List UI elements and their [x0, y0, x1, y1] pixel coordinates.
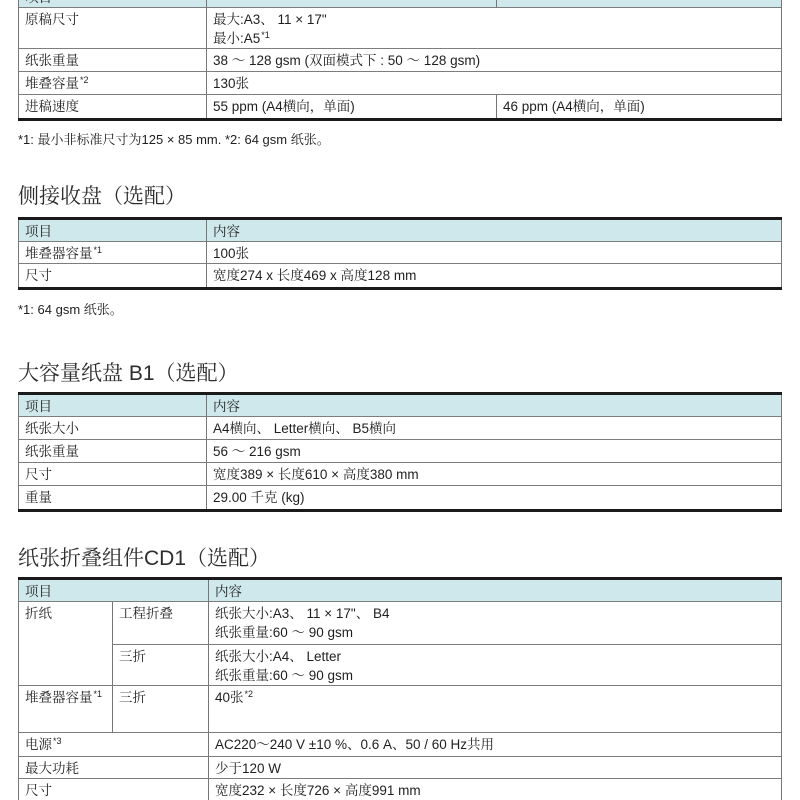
section-title-folder-unit: 纸张折叠组件CD1（选配）	[18, 547, 270, 570]
row-label-cell: 最大功耗	[18, 757, 209, 779]
table-row-stacker-capacity: 堆叠器容量*1 三折 40张*2	[18, 686, 782, 733]
table-doc-feeder: 项目 原稿尺寸 最大:A3、 11 × 17" 最小:A5*1 纸张重量 38 …	[18, 0, 782, 121]
footnote-marker: *2	[80, 75, 89, 85]
row-label-cell: 原稿尺寸	[18, 8, 207, 49]
header-label: 项目	[25, 0, 52, 5]
row-value-cell: 最大:A3、 11 × 17" 最小:A5*1	[207, 8, 782, 49]
value-line-1: 纸张大小:A3、 11 × 17"、 B4	[215, 604, 775, 623]
row-label-cell: 纸张重量	[18, 440, 207, 463]
footnote-doc-feeder: *1: 最小非标准尺寸为125 × 85 mm. *2: 64 gsm 纸张。	[18, 132, 330, 148]
table-header-row: 项目 内容	[18, 580, 782, 602]
spec-sheet-page: 项目 原稿尺寸 最大:A3、 11 × 17" 最小:A5*1 纸张重量 38 …	[0, 0, 800, 800]
row-value-cell: 100张	[207, 242, 782, 264]
row-label-cell: 电源*3	[18, 733, 209, 757]
row-label-cell: 尺寸	[18, 463, 207, 486]
header-cell-content: 内容	[207, 220, 782, 242]
section-title-high-capacity-tray: 大容量纸盘 B1（选配）	[18, 362, 239, 385]
value-line-2: 纸张重量:60 ～ 90 gsm	[215, 623, 775, 642]
table-row-stack-capacity: 堆叠容量*2 130张	[18, 72, 782, 95]
row-value-cell: 宽度389 × 长度610 × 高度380 mm	[207, 463, 782, 486]
value-line-1: 最大:A3、 11 × 17"	[213, 10, 775, 29]
row-label-cell: 堆叠容量*2	[18, 72, 207, 95]
row-value-cell: 纸张大小:A4、 Letter 纸张重量:60 ～ 90 gsm	[209, 645, 782, 686]
table-row-dimensions: 尺寸 宽度389 × 长度610 × 高度380 mm	[18, 463, 782, 486]
footnote-marker: *2	[245, 689, 254, 699]
footnote-marker: *1	[261, 30, 270, 40]
value-line-2: 纸张重量:60 ～ 90 gsm	[215, 666, 775, 685]
row-value-cell: A4横向、 Letter横向、 B5横向	[207, 417, 782, 440]
table-row-fold-trifold: 三折 纸张大小:A4、 Letter 纸张重量:60 ～ 90 gsm	[18, 645, 782, 686]
table-row-weight: 重量 29.00 千克 (kg)	[18, 486, 782, 509]
header-cell-content: 内容	[209, 580, 782, 602]
row-value-cell: 纸张大小:A3、 11 × 17"、 B4 纸张重量:60 ～ 90 gsm	[209, 602, 782, 645]
value-line-2: 最小:A5*1	[213, 29, 775, 48]
row-value-cell: 29.00 千克 (kg)	[207, 486, 782, 509]
table-row-dimensions: 尺寸 宽度232 × 长度726 × 高度991 mm	[18, 779, 782, 800]
value-line-1: 纸张大小:A4、 Letter	[215, 647, 775, 666]
header-cell-item: 项目	[18, 395, 207, 417]
row-label-cell: 堆叠器容量*1	[18, 242, 207, 264]
row-value-cell: 40张*2	[209, 686, 782, 733]
table-row-dimensions: 尺寸 宽度274 x 长度469 x 高度128 mm	[18, 264, 782, 287]
row-value-cell: 宽度274 x 长度469 x 高度128 mm	[207, 264, 782, 287]
table-folder-unit: 项目 内容 折纸 工程折叠 纸张大小:A3、 11 × 17"、 B4 纸张重量…	[18, 577, 782, 800]
row-label-cell: 重量	[18, 486, 207, 509]
row-sublabel-cell: 三折	[113, 686, 209, 733]
table-header-row: 项目 内容	[18, 220, 782, 242]
row-sublabel-cell: 工程折叠	[113, 602, 209, 645]
header-cell-item: 项目	[18, 0, 207, 8]
row-value-cell: AC220～240 V ±10 %、0.6 A、50 / 60 Hz共用	[209, 733, 782, 757]
table-row-fold-engineering: 折纸 工程折叠 纸张大小:A3、 11 × 17"、 B4 纸张重量:60 ～ …	[18, 602, 782, 645]
footnote-side-tray: *1: 64 gsm 纸张。	[18, 302, 123, 318]
footnote-marker: *3	[53, 736, 62, 746]
row-value-cell: 38 ～ 128 gsm (双面模式下 : 50 ～ 128 gsm)	[207, 49, 782, 72]
row-label-cell: 堆叠器容量*1	[18, 686, 113, 733]
row-value-cell-right: 46 ppm (A4横向，单面)	[497, 95, 782, 118]
row-sublabel-cell: 三折	[113, 645, 209, 686]
table-row-max-power: 最大功耗 少于120 W	[18, 757, 782, 779]
row-value-cell: 130张	[207, 72, 782, 95]
row-label-cell: 尺寸	[18, 779, 209, 800]
footnote-marker: *1	[94, 245, 103, 255]
footnote-marker: *1	[94, 689, 103, 699]
row-label-cell: 纸张重量	[18, 49, 207, 72]
row-value-cell: 宽度232 × 长度726 × 高度991 mm	[209, 779, 782, 800]
table-row-paper-weight: 纸张重量 38 ～ 128 gsm (双面模式下 : 50 ～ 128 gsm)	[18, 49, 782, 72]
row-label-cell: 进稿速度	[18, 95, 207, 118]
row-value-cell: 56 ～ 216 gsm	[207, 440, 782, 463]
header-cell-item: 项目	[18, 220, 207, 242]
table-row-power: 电源*3 AC220～240 V ±10 %、0.6 A、50 / 60 Hz共…	[18, 733, 782, 757]
table-row-stacker-capacity: 堆叠器容量*1 100张	[18, 242, 782, 264]
table-row-feed-speed: 进稿速度 55 ppm (A4横向，单面) 46 ppm (A4横向，单面)	[18, 95, 782, 118]
table-header-row: 项目 内容	[18, 395, 782, 417]
header-cell-content-right	[497, 0, 782, 8]
table-row-paper-size: 纸张大小 A4横向、 Letter横向、 B5横向	[18, 417, 782, 440]
header-cell-content: 内容	[207, 395, 782, 417]
row-label-cell: 纸张大小	[18, 417, 207, 440]
table-high-capacity-tray: 项目 内容 纸张大小 A4横向、 Letter横向、 B5横向 纸张重量 56 …	[18, 392, 782, 512]
table-header-row: 项目	[18, 0, 782, 8]
table-row-original-size: 原稿尺寸 最大:A3、 11 × 17" 最小:A5*1	[18, 8, 782, 49]
header-cell-item: 项目	[18, 580, 209, 602]
row-value-cell-left: 55 ppm (A4横向，单面)	[207, 95, 497, 118]
row-label-cell: 尺寸	[18, 264, 207, 287]
table-row-paper-weight: 纸张重量 56 ～ 216 gsm	[18, 440, 782, 463]
row-label-cell: 折纸	[18, 602, 113, 686]
header-cell-content-left	[207, 0, 497, 8]
row-value-cell: 少于120 W	[209, 757, 782, 779]
section-title-side-tray: 侧接收盘（选配）	[18, 185, 186, 208]
table-side-tray: 项目 内容 堆叠器容量*1 100张 尺寸 宽度274 x 长度469 x 高度…	[18, 217, 782, 290]
